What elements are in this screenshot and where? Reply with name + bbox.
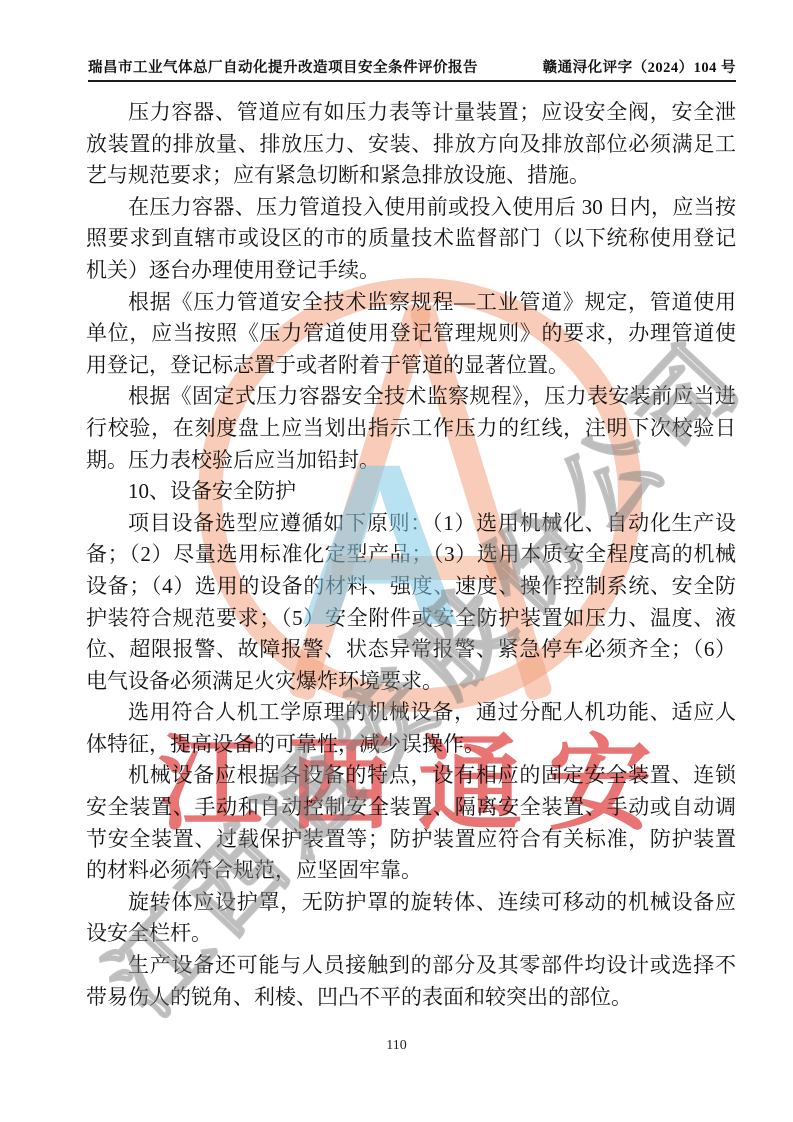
section-heading: 10、设备安全防护 bbox=[86, 476, 736, 508]
paragraph: 机械设备应根据各设备的特点，设有相应的固定安全装置、连锁安全装置、手动和自动控制… bbox=[86, 760, 736, 886]
paragraph: 项目设备选型应遵循如下原则：（1）选用机械化、自动化生产设备；（2）尽量选用标准… bbox=[86, 508, 736, 698]
header-doc-number: 赣通浔化评字（2024）104 号 bbox=[543, 56, 736, 77]
page-number: 110 bbox=[0, 1038, 793, 1054]
paragraph: 根据《压力管道安全技术监察规程—工业管道》规定，管道使用单位，应当按照《压力管道… bbox=[86, 287, 736, 382]
document-body: 压力容器、管道应有如压力表等计量装置；应设安全阀，安全泄放装置的排放量、排放压力… bbox=[86, 97, 736, 1013]
header-report-title: 瑞昌市工业气体总厂自动化提升改造项目安全条件评价报告 bbox=[88, 56, 478, 77]
paragraph: 生产设备还可能与人员接触到的部分及其零部件均设计或选择不带易伤人的锐角、利棱、凹… bbox=[86, 950, 736, 1013]
paragraph: 压力容器、管道应有如压力表等计量装置；应设安全阀，安全泄放装置的排放量、排放压力… bbox=[86, 97, 736, 192]
page-header: 瑞昌市工业气体总厂自动化提升改造项目安全条件评价报告 赣通浔化评字（2024）1… bbox=[88, 56, 736, 82]
paragraph: 在压力容器、压力管道投入使用前或投入使用后 30 日内，应当按照要求到直辖市或设… bbox=[86, 192, 736, 287]
paragraph: 选用符合人机工学原理的机械设备，通过分配人机功能、适应人体特征，提高设备的可靠性… bbox=[86, 697, 736, 760]
document-page: 江西通安 瑞昌市工业气体总厂自动化提升改造项目安全条件评价报告 赣通浔化评字（2… bbox=[0, 0, 793, 1122]
paragraph: 根据《固定式压力容器安全技术监察规程》，压力表安装前应当进行校验，在刻度盘上应当… bbox=[86, 381, 736, 476]
paragraph: 旋转体应设护罩，无防护罩的旋转体、连续可移动的机械设备应设安全栏杆。 bbox=[86, 887, 736, 950]
